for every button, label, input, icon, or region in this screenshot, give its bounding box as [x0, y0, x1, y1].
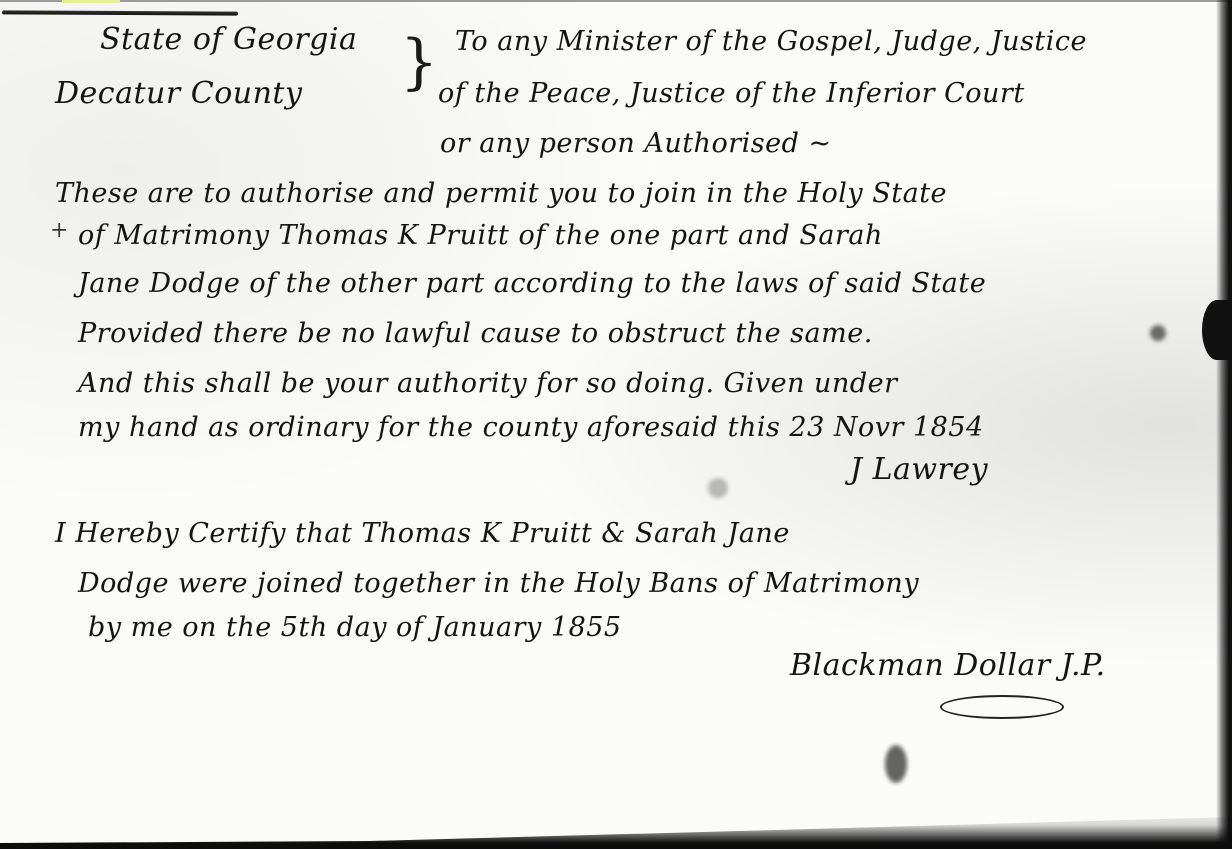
ink-smudge: [708, 478, 728, 498]
header-county: Decatur County: [55, 76, 302, 111]
license-signature: J Lawrey: [850, 452, 988, 487]
margin-cross-icon: +: [50, 218, 68, 243]
ink-stain: [1150, 325, 1166, 341]
header-address-line2: of the Peace, Justice of the Inferior Co…: [438, 78, 1025, 109]
certificate-signature: Blackman Dollar J.P.: [790, 648, 1106, 683]
license-line: Jane Dodge of the other part according t…: [78, 268, 986, 299]
scan-right-edge-shadow: [1216, 0, 1232, 849]
certificate-line: Dodge were joined together in the Holy B…: [78, 568, 919, 599]
header-brace-icon: }: [400, 32, 438, 92]
scan-highlight-mark: [62, 0, 120, 3]
scan-top-border: [0, 0, 1232, 2]
scan-edge-blot: [1202, 300, 1232, 360]
ink-stain: [885, 745, 907, 783]
header-address-line1: To any Minister of the Gospel, Judge, Ju…: [455, 26, 1087, 57]
license-line: These are to authorise and permit you to…: [55, 178, 947, 209]
license-line: Provided there be no lawful cause to obs…: [78, 318, 873, 349]
certificate-line: I Hereby Certify that Thomas K Pruitt & …: [55, 518, 790, 549]
header-address-line3: or any person Authorised ~: [440, 128, 832, 159]
certificate-line: by me on the 5th day of January 1855: [88, 612, 622, 643]
ink-rule-line: [2, 10, 238, 15]
signature-flourish-icon: [940, 695, 1064, 719]
scanned-document-page: State of Georgia Decatur County } To any…: [0, 0, 1232, 849]
license-line: of Matrimony Thomas K Pruitt of the one …: [78, 220, 883, 251]
header-state: State of Georgia: [100, 22, 357, 57]
license-line: my hand as ordinary for the county afore…: [78, 412, 984, 443]
scan-bottom-edge-shadow: [0, 809, 1232, 849]
license-line: And this shall be your authority for so …: [78, 368, 898, 399]
